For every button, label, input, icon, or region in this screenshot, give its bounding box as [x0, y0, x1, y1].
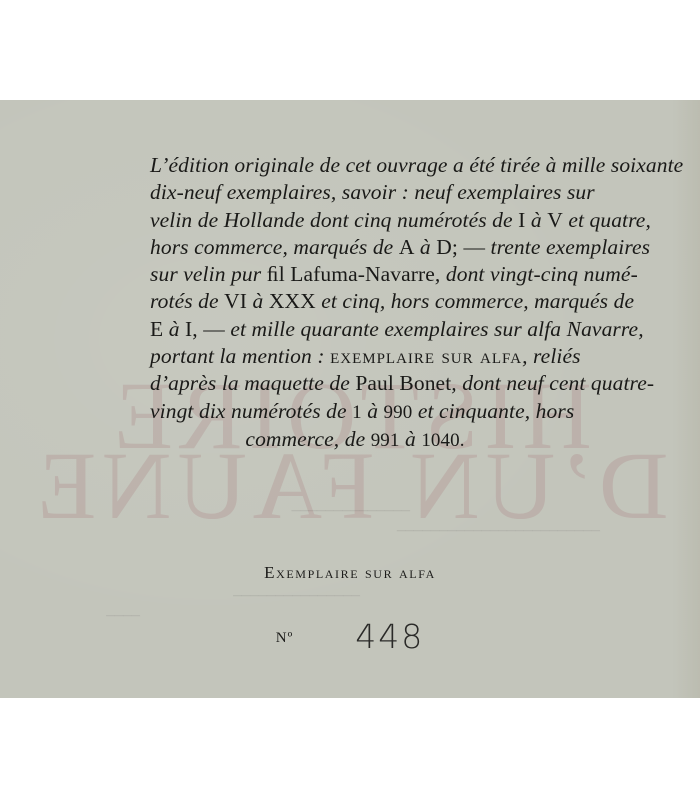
colophon-text: dix-neuf exemplaires, savoir : neuf exem…	[150, 180, 595, 204]
colophon-text: et quatre,	[563, 208, 651, 232]
colophon-text: à	[362, 399, 384, 423]
colophon-line-11: commerce, de 991 à 1040.	[150, 426, 560, 454]
colophon-paragraph: L’édition originale de cet ouvrage a été…	[150, 152, 560, 454]
number-prefix: Nº	[276, 630, 293, 646]
colophon-text: et cinquante, hors	[412, 399, 574, 423]
designer-name: Paul Bonet	[355, 371, 451, 395]
colophon-line-1: L’édition originale de cet ouvrage a été…	[150, 152, 560, 179]
colophon-text: à	[414, 235, 436, 259]
colophon-text: rotés de	[150, 289, 224, 313]
colophon-line-8: portant la mention : Exemplaire sur alfa…	[150, 343, 560, 370]
colophon-text: vingt dix numérotés de	[150, 399, 352, 423]
colophon-line-9: d’après la maquette de Paul Bonet, dont …	[150, 370, 560, 397]
roman-numeral: XXX	[269, 289, 316, 313]
colophon-line-10: vingt dix numérotés de 1 à 990 et cinqua…	[150, 398, 560, 426]
number: 991	[371, 430, 400, 451]
paper-brand-name: ﬁl Lafuma-Navarre	[267, 262, 435, 286]
number: 990	[384, 402, 413, 423]
colophon-text: sur velin pur	[150, 262, 267, 286]
roman-letter: E	[150, 317, 163, 341]
colophon-text: velin de Hollande dont cinq numérotés de	[150, 208, 518, 232]
showthrough-faint-text: ▔▔▔▔▔▔▔▔▔▔▔▔▔▔▔▔▔▔▔▔▔▔▔▔	[120, 530, 600, 543]
number: 1	[352, 402, 362, 423]
colophon-line-5: sur velin pur ﬁl Lafuma-Navarre, dont vi…	[150, 261, 560, 288]
colophon-line-2: dix-neuf exemplaires, savoir : neuf exem…	[150, 179, 560, 206]
roman-numeral: VI	[224, 289, 247, 313]
colophon-text: L’édition originale de cet ouvrage a été…	[150, 153, 683, 177]
copy-number: 448	[355, 617, 424, 656]
number: 1040.	[421, 430, 464, 451]
colophon-line-3: velin de Hollande dont cinq numérotés de…	[150, 207, 560, 234]
colophon-line-4: hors commerce, marqués de A à D; — trent…	[150, 234, 560, 261]
colophon-text: à	[163, 317, 185, 341]
colophon-text: à	[525, 208, 547, 232]
colophon-text: à	[247, 289, 269, 313]
edition-label: Exemplaire sur alfa	[0, 563, 700, 583]
showthrough-faint-text: ▔▔▔▔▔▔▔▔▔▔▔▔▔▔▔	[60, 595, 360, 608]
colophon-text: , dont neuf cent quatre-	[451, 371, 654, 395]
colophon-text: portant la mention :	[150, 344, 330, 368]
colophon-line-7: E à I, — et mille quarante exemplaires s…	[150, 316, 560, 343]
copy-number-row: Nº 448	[0, 617, 700, 656]
colophon-text: trente exemplaires	[485, 235, 650, 259]
colophon-text: hors commerce, marqués de	[150, 235, 399, 259]
roman-numeral: V	[547, 208, 563, 232]
small-caps-mention: Exemplaire sur alfa	[330, 344, 522, 368]
colophon-text: d’après la maquette de	[150, 371, 355, 395]
colophon-text: , dont vingt-cinq numé-	[435, 262, 638, 286]
scanned-page: HISTOIRE D’UN FAUNE ▔▔▔▔▔▔▔▔▔▔▔▔▔▔ ▔▔▔▔▔…	[0, 100, 700, 698]
colophon-text: et mille quarante exemplaires sur alfa N…	[225, 317, 644, 341]
colophon-text: à	[400, 427, 422, 451]
colophon-text: commerce, de	[245, 427, 370, 451]
colophon-text: et cinq, hors commerce, marqués de	[316, 289, 634, 313]
colophon-text: , reliés	[522, 344, 581, 368]
roman-letter: D; —	[436, 235, 485, 259]
showthrough-faint-text: ▔▔▔▔▔▔▔▔▔▔▔▔▔▔	[150, 510, 410, 523]
roman-letter: I, —	[185, 317, 225, 341]
colophon-line-6: rotés de VI à XXX et cinq, hors commerce…	[150, 288, 560, 315]
roman-letter: A	[399, 235, 415, 259]
